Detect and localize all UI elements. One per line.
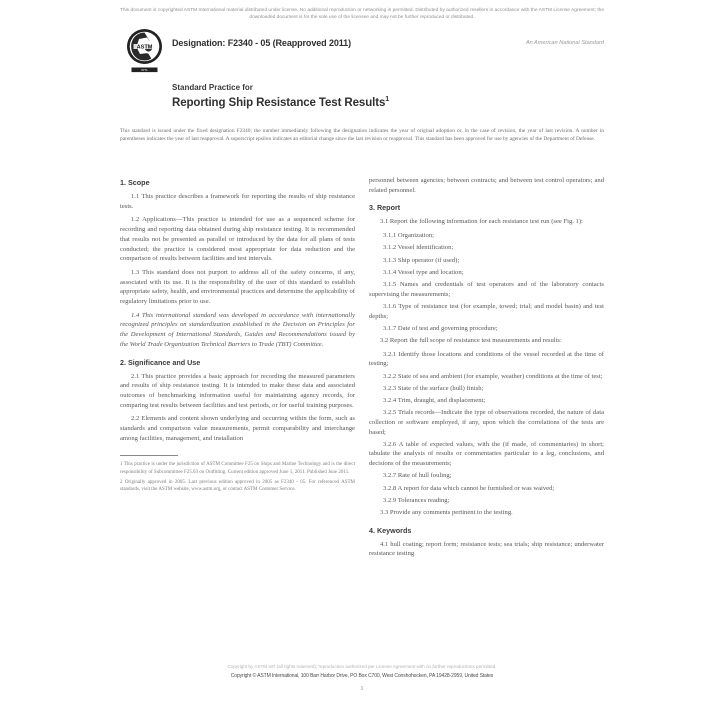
- item-3-2-9: 3.2.9 Tolerances reading;: [369, 496, 604, 506]
- designation-label: Designation: F2340 - 05 (Reapproved 2011…: [172, 38, 351, 48]
- item-3-1-6: 3.1.6 Type of resistance test (for examp…: [369, 302, 604, 321]
- item-3-1-3: 3.1.3 Ship operator (if used);: [369, 256, 604, 266]
- para-4-1: 4.1 hull coating; report form; resistanc…: [369, 540, 604, 559]
- para-2-1: 2.1 This practice provides a basic appro…: [120, 372, 355, 411]
- para-1-1: 1.1 This practice describes a framework …: [120, 192, 355, 211]
- item-3-2-1: 3.2.1 Identify those locations and condi…: [369, 350, 604, 369]
- item-3-1-2: 3.1.2 Vessel identification;: [369, 243, 604, 253]
- section-report-heading: 3. Report: [369, 203, 604, 212]
- para-1-2: 1.2 Applications—This practice is intend…: [120, 215, 355, 264]
- item-3-2-8: 3.2.8 A report for data which cannot be …: [369, 484, 604, 494]
- para-1-3: 1.3 This standard does not purport to ad…: [120, 268, 355, 307]
- document-header: ASTM INTL Designation: F2340 - 05 (Reapp…: [120, 27, 604, 77]
- document-page: This document is copyrighted ASTM Intern…: [0, 0, 722, 722]
- item-3-1-4: 3.1.4 Vessel type and location;: [369, 268, 604, 278]
- item-3-2-5: 3.2.5 Trials records—Indicate the type o…: [369, 408, 604, 437]
- item-3-2-6: 3.2.6 A table of expected values, with t…: [369, 440, 604, 469]
- title-kicker: Standard Practice for: [172, 83, 604, 93]
- item-3-2-2: 3.2.2 State of sea and ambient (for exam…: [369, 372, 604, 382]
- item-3-2-3: 3.2.3 State of the surface (hull) finish…: [369, 384, 604, 394]
- item-3-1-1: 3.1.1 Organization;: [369, 231, 604, 241]
- footer-license-line: Copyright by ASTM Int'l (all rights rese…: [120, 664, 604, 671]
- issue-note: This standard is issued under the fixed …: [120, 128, 604, 144]
- para-3-2: 3.2 Report the full scope of resistance …: [369, 336, 604, 346]
- national-standard-label: An American National Standard: [526, 40, 604, 46]
- body-columns: 1. Scope1.1 This practice describes a fr…: [120, 176, 604, 563]
- title-text: Reporting Ship Resistance Test Results: [172, 97, 385, 109]
- page-number: 1: [120, 685, 604, 692]
- item-3-1-5: 3.1.5 Names and credentials of test oper…: [369, 280, 604, 299]
- para-1-4: 1.4 This international standard was deve…: [120, 311, 355, 350]
- title-block: Standard Practice for Reporting Ship Res…: [172, 83, 604, 110]
- title-footnote-ref: 1: [385, 96, 389, 103]
- svg-text:INTL: INTL: [141, 68, 148, 72]
- license-banner: This document is copyrighted ASTM Intern…: [120, 7, 604, 21]
- svg-text:ASTM: ASTM: [137, 44, 153, 50]
- page-title: Reporting Ship Resistance Test Results1: [172, 93, 604, 110]
- footnote-rule: [120, 455, 178, 456]
- right-column: personnel between agencies; between cont…: [369, 176, 604, 563]
- item-3-2-7: 3.2.7 Rate of hull fouling;: [369, 471, 604, 481]
- footnote-2: 2 Originally approved in 2005. Last prev…: [120, 479, 355, 493]
- page-footer: Copyright by ASTM Int'l (all rights rese…: [120, 664, 604, 692]
- footer-address-line: Copyright © ASTM International, 100 Barr…: [120, 673, 604, 680]
- section-keywords-heading: 4. Keywords: [369, 526, 604, 535]
- para-3-3: 3.3 Provide any comments pertinent to th…: [369, 508, 604, 518]
- astm-logo-icon: ASTM INTL: [126, 27, 163, 80]
- para-3-1: 3.1 Report the following information for…: [369, 217, 604, 227]
- item-3-2-4: 3.2.4 Trim, draught, and displacement;: [369, 396, 604, 406]
- para-2-2: 2.2 Elements and content shown underlyin…: [120, 414, 355, 443]
- item-3-1-7: 3.1.7 Date of test and governing procedu…: [369, 324, 604, 334]
- section-significance-heading: 2. Significance and Use: [120, 358, 355, 367]
- left-column: 1. Scope1.1 This practice describes a fr…: [120, 176, 355, 563]
- section-scope-heading: 1. Scope: [120, 178, 355, 187]
- footnote-1: 1 This practice is under the jurisdictio…: [120, 461, 355, 475]
- para-2-2-continued: personnel between agencies; between cont…: [369, 176, 604, 195]
